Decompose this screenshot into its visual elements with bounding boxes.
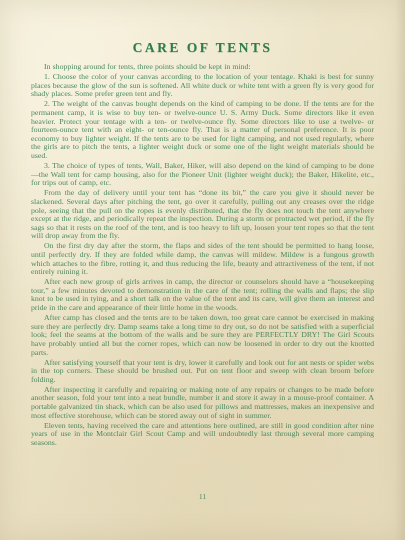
intro-paragraph: In shopping around for tents, three poin… (31, 63, 374, 72)
paragraph-8: After satisfying yourself that your tent… (31, 359, 374, 385)
paragraph-7: After camp has closed and the tents are … (31, 314, 374, 357)
document-page: CARE OF TENTS In shopping around for ten… (0, 0, 405, 540)
page-title: CARE OF TENTS (31, 40, 374, 56)
paragraph-10: Eleven tents, having received the care a… (31, 422, 374, 448)
paragraph-4: From the day of delivery until your tent… (31, 189, 374, 241)
paragraph-2: 2. The weight of the canvas bought depen… (31, 100, 374, 160)
paragraph-6: After each new group of girls arrives in… (31, 278, 374, 312)
page-number: 11 (0, 492, 405, 501)
paragraph-9: After inspecting it carefully and repair… (31, 386, 374, 420)
paragraph-5: On the first dry day after the storm, th… (31, 242, 374, 276)
paragraph-1: 1. Choose the color of your canvas accor… (31, 73, 374, 99)
paragraph-3: 3. The choice of types of tents, Wall, B… (31, 162, 374, 188)
